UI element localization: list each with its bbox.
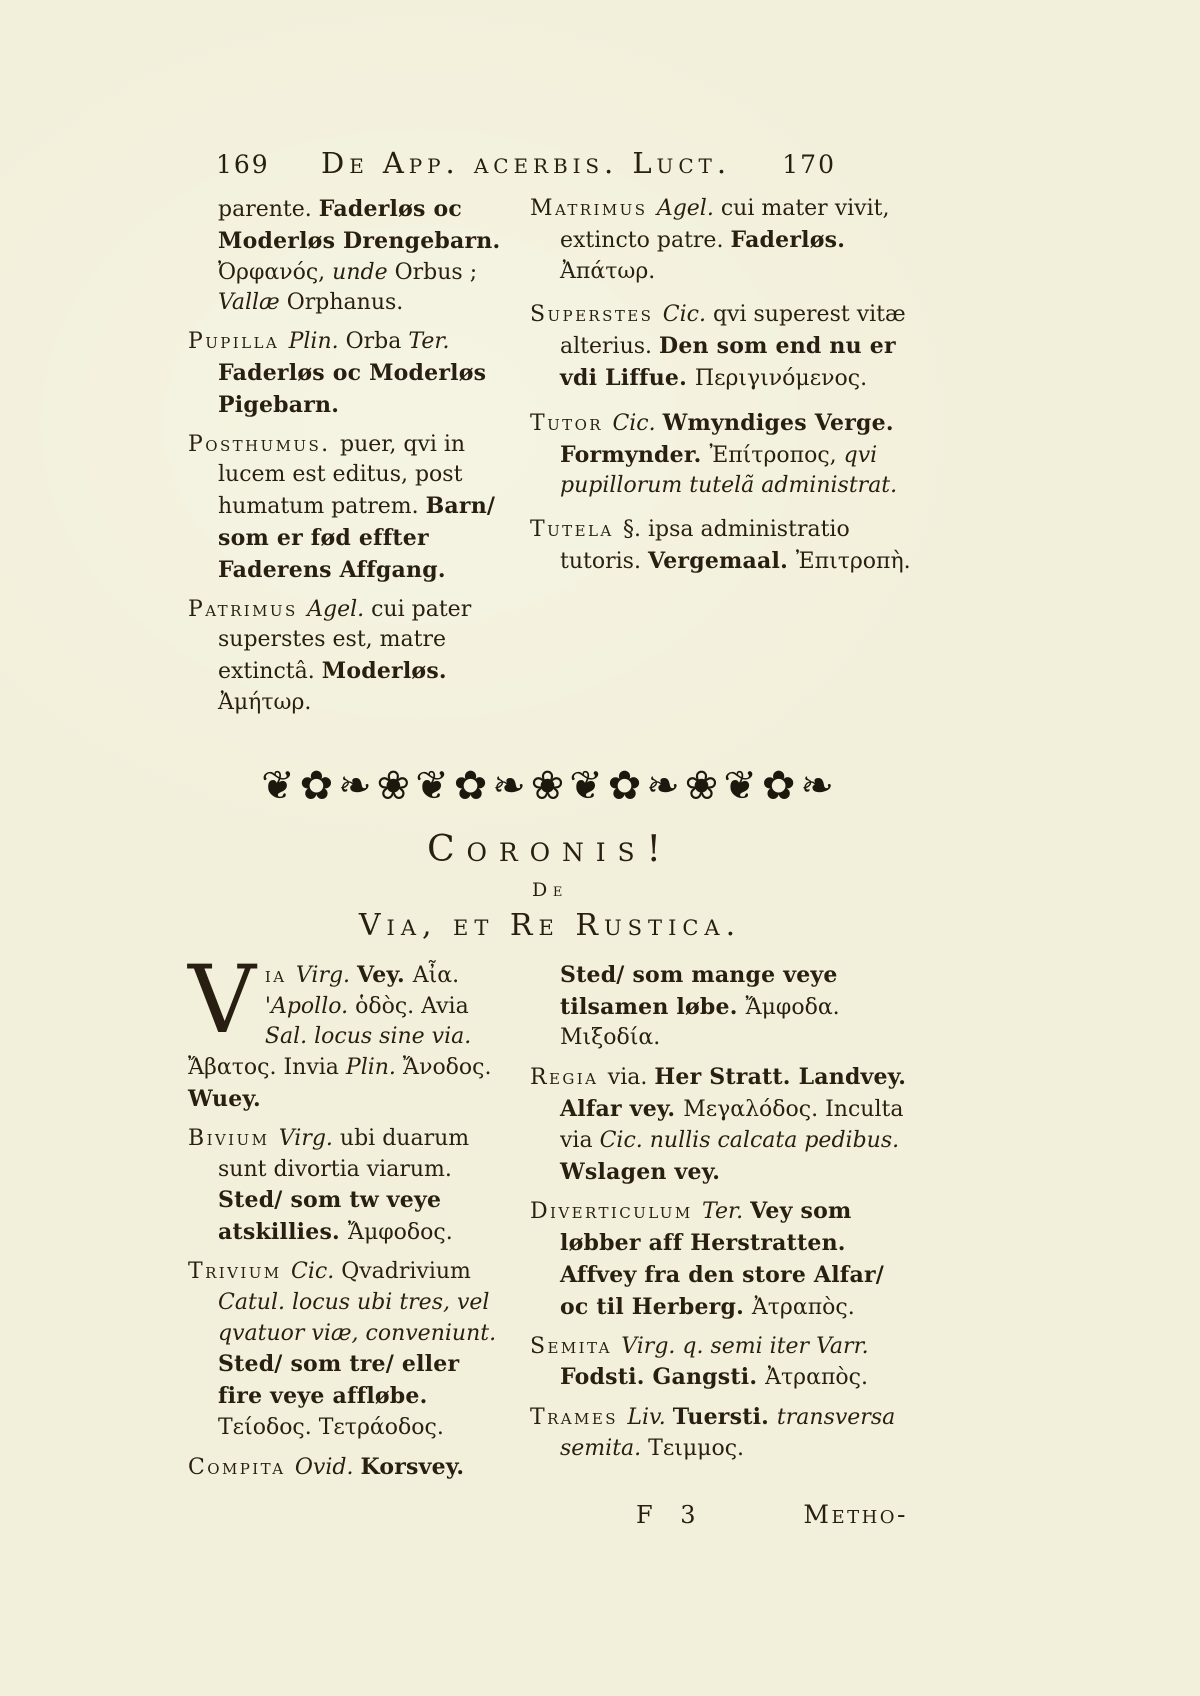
dictionary-entry: Superstes Cic. qvi superest vitæ alteriu… <box>530 300 912 394</box>
entry-segment-italic: Agel. <box>307 597 371 622</box>
entry-segment-greek: Περιγινόμενος. <box>695 366 867 391</box>
entry-segment-italic: Plin. <box>346 1055 403 1080</box>
entry-segment-roman: Orbus ; <box>395 260 478 285</box>
entry-segment-lemma: Bivium <box>188 1126 279 1151</box>
left-column-via: Via Virg. Vey. Αἶα. 'Apollo. ὁδὸς. Avia … <box>188 960 510 1492</box>
dictionary-entry: Compita Ovid. Korsvey. <box>188 1452 510 1484</box>
entry-segment-greek: Ἄμφοδος. <box>348 1220 453 1245</box>
dictionary-entry: Patrimus Agel. cui pater superstes est, … <box>188 595 510 719</box>
dictionary-entry: Posthumus. puer, qvi in lucem est editus… <box>188 430 510 587</box>
dictionary-entry: Tutor Cic. Wmyndiges Verge. Formynder. Ἐ… <box>530 408 912 502</box>
scanned-book-page: 169 De App. acerbis. Luct. 170 parente. … <box>0 0 1200 1696</box>
entry-segment-italic: Cic. <box>612 411 662 436</box>
entry-segment-italic: Catul. locus ubi tres, vel qvatuor viæ, … <box>218 1290 496 1346</box>
entry-segment-italic: 'Apollo. <box>265 994 355 1019</box>
page-content: 169 De App. acerbis. Luct. 170 parente. … <box>188 146 912 1529</box>
via-et-re-rustica-heading: Via, et Re Rustica. <box>188 908 912 943</box>
entry-segment-lemma: Superstes <box>530 302 663 327</box>
entry-segment-frak: Fodsti. Gangsti. <box>560 1364 765 1390</box>
entry-segment-italic: Cic. nullis calcata pedibus. <box>600 1128 900 1153</box>
drop-cap-initial: V <box>188 965 256 1037</box>
entry-segment-greek: Ἄνοδος. <box>403 1055 492 1080</box>
entry-segment-italic: Ter. <box>408 329 449 354</box>
page-header: 169 De App. acerbis. Luct. 170 <box>188 146 912 180</box>
entry-segment-roman: Orphanus. <box>287 290 404 315</box>
entry-segment-greek: Ἀτραπὸς. <box>752 1295 855 1320</box>
entry-segment-greek: Ἀτραπὸς. <box>765 1365 868 1390</box>
entry-segment-greek: Ἐπίτροπος, <box>709 443 843 468</box>
entry-segment-italic: Vallæ <box>218 290 287 315</box>
entry-segment-greek: Αἶα. <box>413 963 459 988</box>
entry-segment-lemma: Posthumus. <box>188 432 340 457</box>
entry-segment-frak: Wslagen vey. <box>560 1159 720 1185</box>
left-column-luctus: parente. Faderløs oc Moderløs Drengebarn… <box>188 194 510 727</box>
dictionary-entry: Diverticulum Ter. Vey som løbber aff Her… <box>530 1196 912 1323</box>
coronis-de: De <box>188 879 912 901</box>
page-footer: F 3 Metho- <box>188 1500 912 1529</box>
entry-segment-italic: Virg. q. semi iter Varr. <box>621 1334 868 1359</box>
entry-segment-lemma: Compita <box>188 1455 295 1480</box>
entry-segment-italic: Virg. <box>279 1126 340 1151</box>
dictionary-entry: Tutela §. ipsa administratio tutoris. Ve… <box>530 515 912 578</box>
dictionary-entry: Via Virg. Vey. Αἶα. 'Apollo. ὁδὸς. Avia … <box>188 960 510 1116</box>
entry-segment-frak: Faderløs. <box>730 227 845 253</box>
entry-segment-greek: Ἀπάτωρ. <box>560 259 655 284</box>
entry-segment-italic: unde <box>332 260 394 285</box>
entry-segment-lemma: Patrimus <box>188 597 307 622</box>
entry-segment-roman: Avia <box>421 994 469 1019</box>
entry-segment-roman: Orba <box>346 329 409 354</box>
entry-segment-lemma: ia <box>265 963 296 988</box>
entry-segment-roman: Qvadrivium <box>341 1259 471 1284</box>
entry-segment-lemma: Matrimus <box>530 196 657 221</box>
entry-segment-greek: Ὀρφανός, <box>218 260 332 285</box>
dictionary-entry: Trames Liv. Tuersti. transversa semita. … <box>530 1402 912 1465</box>
dictionary-entry: Matrimus Agel. cui mater vivit, extincto… <box>530 194 912 287</box>
entry-segment-italic: Cic. <box>663 302 713 327</box>
entry-segment-frak: Moderløs. <box>322 658 447 684</box>
dictionary-entry: Semita Virg. q. semi iter Varr. Fodsti. … <box>530 1332 912 1395</box>
entry-segment-lemma: Pupilla <box>188 329 289 354</box>
entry-segment-lemma: Tutela <box>530 517 623 542</box>
coronis-heading: Coronis! <box>188 829 912 870</box>
entry-segment-italic: Virg. <box>296 963 357 988</box>
entry-segment-frak: Korsvey. <box>360 1454 464 1480</box>
entry-segment-roman: Invia <box>283 1055 345 1080</box>
entry-segment-frak: Vergemaal. <box>648 548 796 574</box>
ornament-band: ❦✿❧❀❦✿❧❀❦✿❧❀❦✿❧ <box>188 759 912 813</box>
entry-segment-frak: Tuersti. <box>673 1404 777 1430</box>
dictionary-entry: Trivium Cic. Qvadrivium Catul. locus ubi… <box>188 1257 510 1444</box>
luctus-section: parente. Faderløs oc Moderløs Drengebarn… <box>188 194 912 727</box>
entry-segment-greek: Ἐπιτροπὴ. <box>796 549 911 574</box>
entry-segment-greek: ὁδὸς. <box>355 994 421 1019</box>
dictionary-entry: Pupilla Plin. Orba Ter. Faderløs oc Mode… <box>188 327 510 421</box>
dictionary-entry: Bivium Virg. ubi duarum sunt divortia vi… <box>188 1124 510 1249</box>
page-number-left: 169 <box>216 150 270 179</box>
entry-segment-greek: Ἄβατος. <box>188 1055 283 1080</box>
dictionary-entry: Sted/ som mange veye tilsamen løbe. Ἄμφο… <box>530 960 912 1054</box>
entry-segment-italic: Sal. locus sine via. <box>265 1024 471 1049</box>
entry-segment-italic: Agel. <box>657 196 721 221</box>
dictionary-entry: Regia via. Her Stratt. Landvey. Alfar ve… <box>530 1062 912 1188</box>
entry-segment-italic: Liv. <box>627 1405 672 1430</box>
entry-segment-lemma: Regia <box>530 1065 608 1090</box>
via-section: Via Virg. Vey. Αἶα. 'Apollo. ὁδὸς. Avia … <box>188 960 912 1492</box>
catchword: Metho- <box>803 1500 908 1529</box>
entry-segment-italic: Ter. <box>702 1199 750 1224</box>
entry-segment-italic: Cic. <box>291 1259 341 1284</box>
entry-segment-lemma: Tutor <box>530 411 612 436</box>
entry-segment-lemma: Semita <box>530 1334 621 1359</box>
entry-segment-roman: via. <box>608 1065 655 1090</box>
entry-segment-roman: parente. <box>218 197 319 222</box>
running-title: De App. acerbis. Luct. <box>270 146 783 180</box>
entry-segment-frak: Sted/ som tre/ eller fire veye affløbe. <box>218 1351 459 1409</box>
entry-segment-lemma: Trivium <box>188 1259 291 1284</box>
entry-segment-italic: Ovid. <box>295 1455 361 1480</box>
entry-segment-greek: Τειμμος. <box>648 1436 744 1461</box>
right-column-via: Sted/ som mange veye tilsamen løbe. Ἄμφο… <box>530 960 912 1492</box>
entry-segment-greek: Τείοδος. Τετράοδος. <box>218 1415 444 1440</box>
entry-segment-italic: Plin. <box>289 329 346 354</box>
entry-segment-frak: Vey. <box>357 962 413 988</box>
entry-segment-lemma: Trames <box>530 1405 627 1430</box>
entry-segment-greek: Μεγαλόδος. <box>683 1097 825 1122</box>
signature-mark: F 3 <box>636 1501 696 1529</box>
dictionary-entry: parente. Faderløs oc Moderløs Drengebarn… <box>188 194 510 319</box>
entry-segment-frak: Wuey. <box>188 1086 261 1112</box>
entry-segment-greek: Ἀμήτωρ. <box>218 690 311 715</box>
entry-segment-frak: Faderløs oc Moderløs Pigebarn. <box>218 360 486 418</box>
right-column-luctus: Matrimus Agel. cui mater vivit, extincto… <box>530 194 912 727</box>
page-number-right: 170 <box>782 150 836 179</box>
entry-segment-lemma: Diverticulum <box>530 1199 702 1224</box>
